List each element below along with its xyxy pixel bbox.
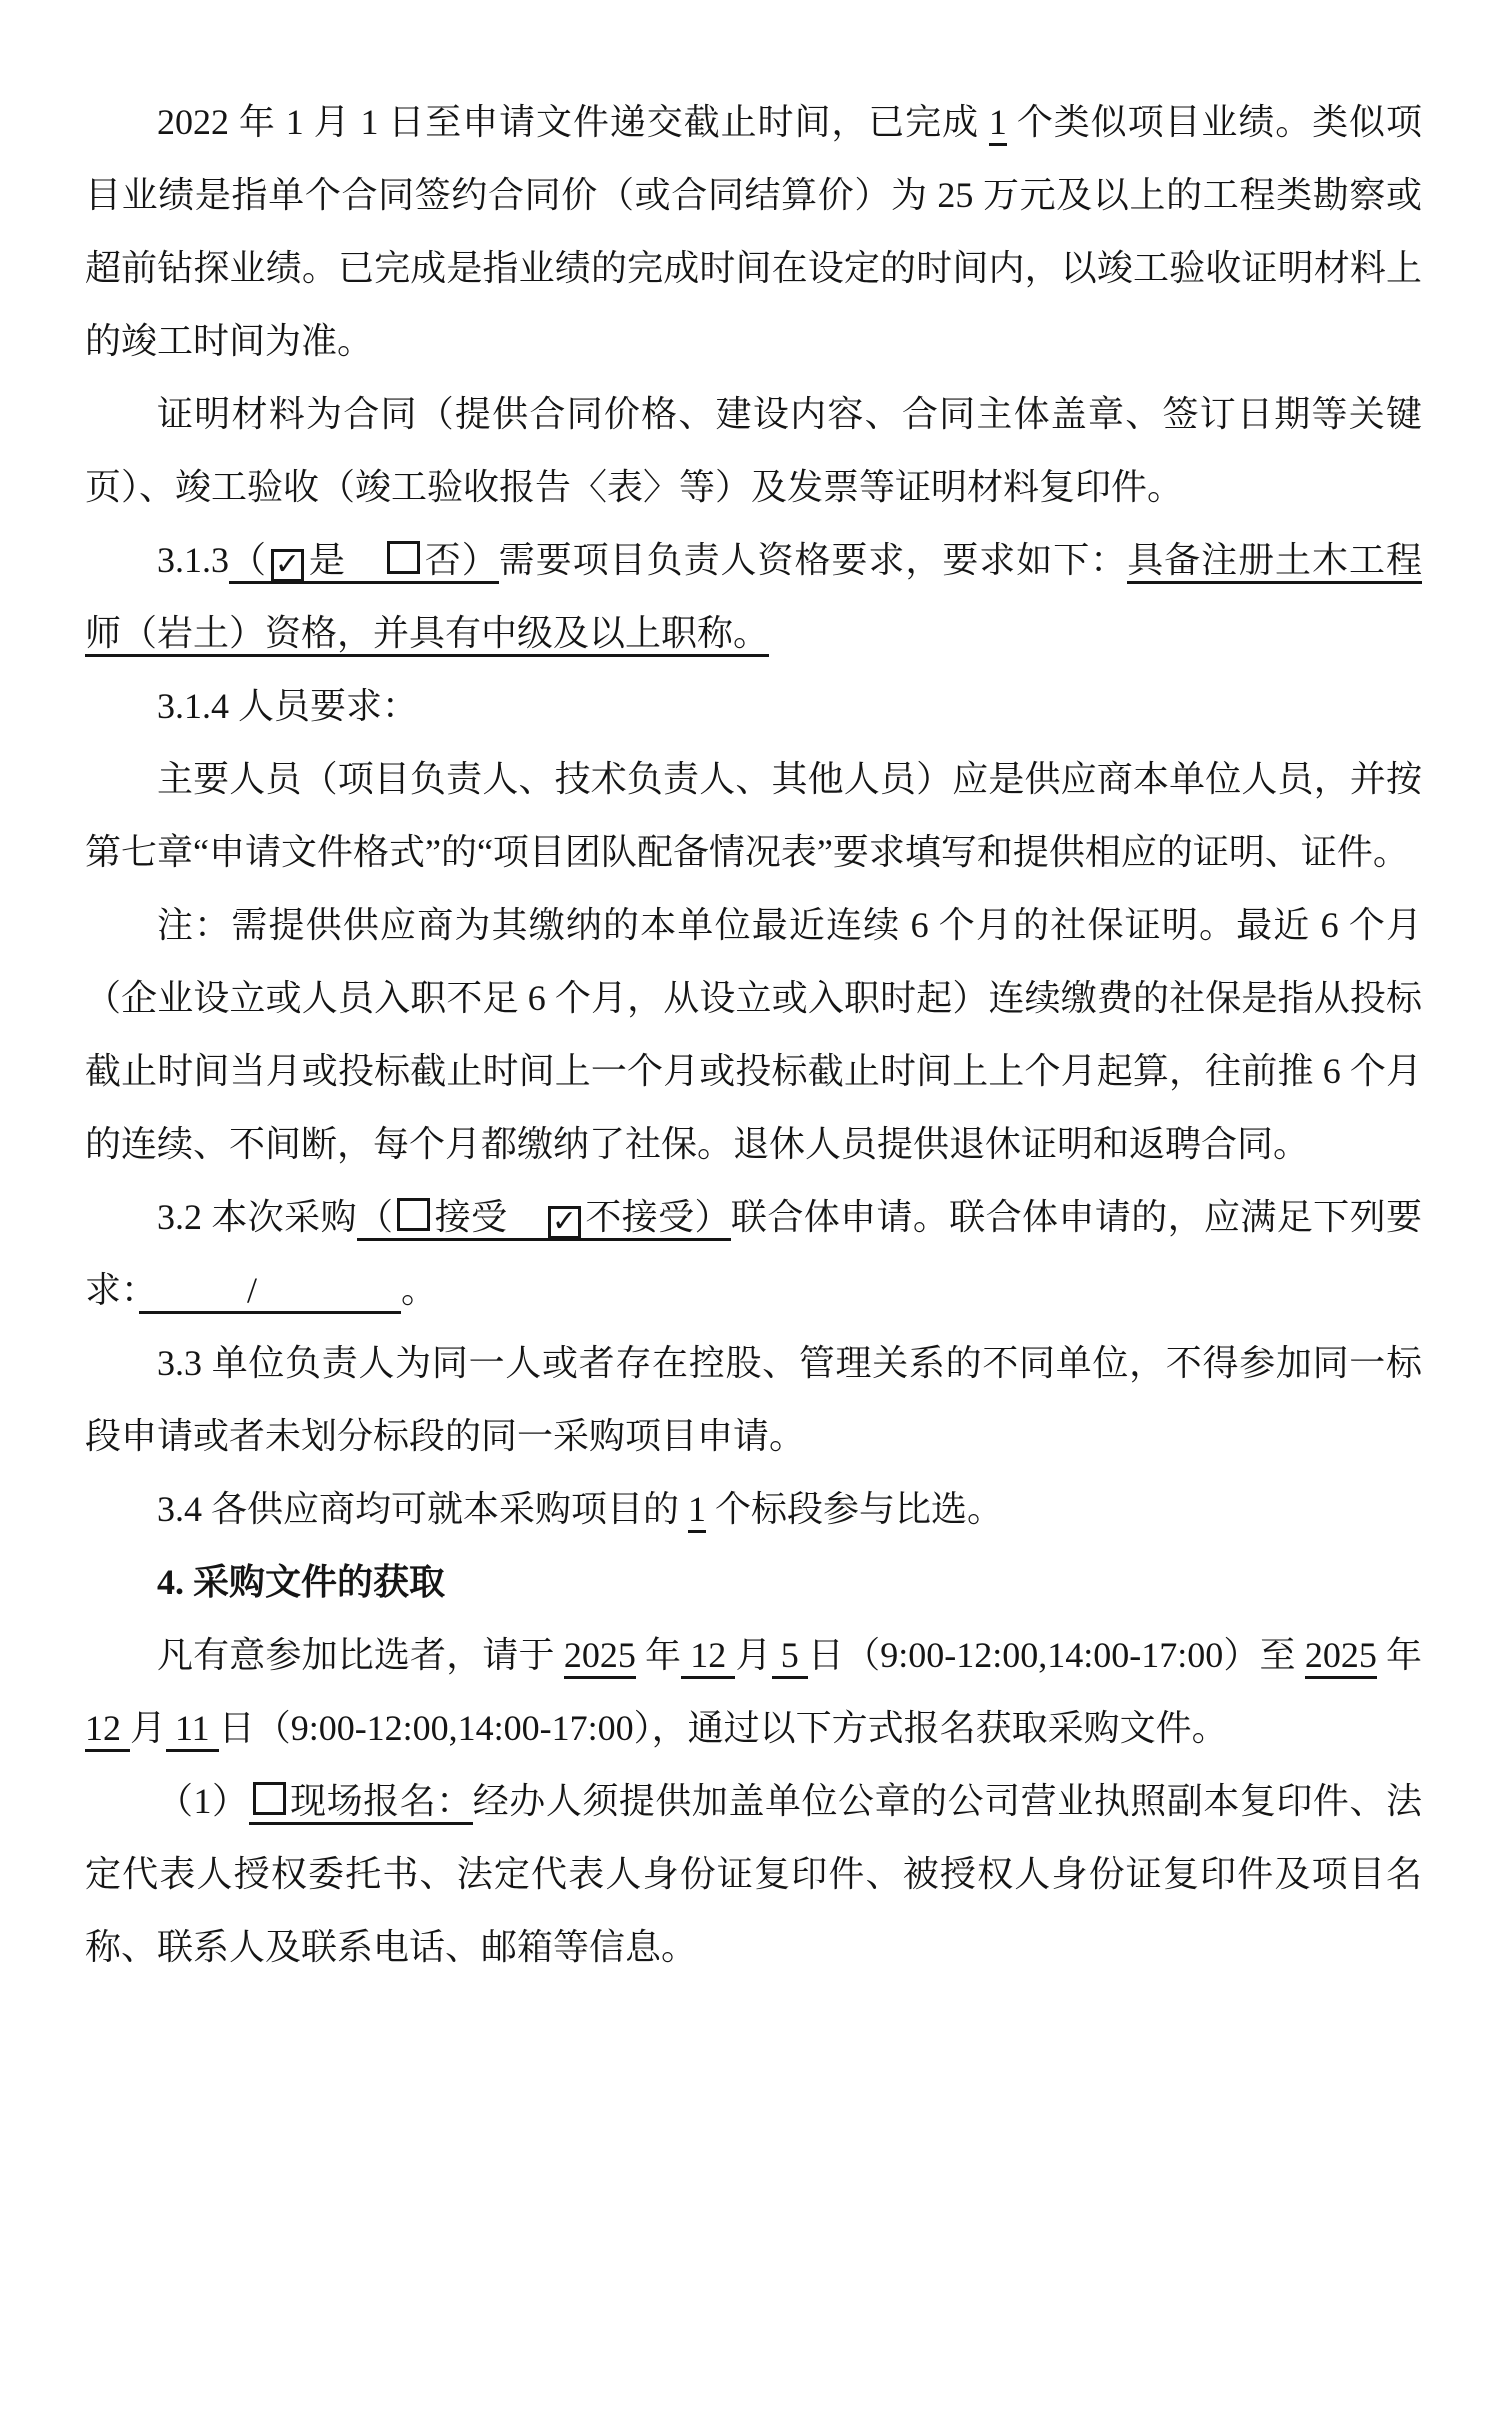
text-run: 主要人员（项目负责人、技术负责人、其他人员）应是供应商本单位人员，并按第七章“申… bbox=[85, 759, 1422, 872]
text-run: 注：需提供供应商为其缴纳的本单位最近连续 6 个月的社保证明。最近 6 个月（企… bbox=[85, 905, 1422, 1164]
checkbox-box bbox=[253, 1782, 286, 1815]
text-run: / bbox=[139, 1270, 401, 1314]
checkbox-box bbox=[397, 1198, 430, 1231]
text-run: （1） bbox=[157, 1781, 249, 1821]
para-3-3-same-legal-person: 3.3 单位负责人为同一人或者存在控股、管理关系的不同单位，不得参加同一标段申请… bbox=[85, 1327, 1422, 1473]
document-body: 2022 年 1 月 1 日至申请文件递交截止时间，已完成 1 个类似项目业绩。… bbox=[0, 0, 1500, 1984]
text-run: 需要项目负责人资格要求，要求如下： bbox=[499, 540, 1127, 580]
text-run: 5 bbox=[772, 1635, 808, 1679]
text-run: 现场报名： bbox=[290, 1781, 473, 1825]
checkbox-box bbox=[387, 541, 420, 574]
para-3-4-bid-sections: 3.4 各供应商均可就本采购项目的 1 个标段参与比选。 bbox=[85, 1473, 1422, 1546]
text-run: 2022 年 1 月 1 日至申请文件递交截止时间，已完成 bbox=[157, 102, 989, 142]
checkbox-checked-icon: ✓ bbox=[544, 1197, 585, 1241]
text-run: 3.3 单位负责人为同一人或者存在控股、管理关系的不同单位，不得参加同一标段申请… bbox=[85, 1343, 1422, 1456]
text-run: 12 bbox=[681, 1635, 735, 1679]
document-page: 2022 年 1 月 1 日至申请文件递交截止时间，已完成 1 个类似项目业绩。… bbox=[0, 0, 1500, 2436]
para-social-security-note: 注：需提供供应商为其缴纳的本单位最近连续 6 个月的社保证明。最近 6 个月（企… bbox=[85, 889, 1422, 1181]
text-run: 接受 bbox=[434, 1197, 544, 1241]
text-run: 年 bbox=[636, 1635, 681, 1675]
text-run: 3.4 各供应商均可就本采购项目的 bbox=[157, 1489, 688, 1529]
text-run: 年 bbox=[1377, 1635, 1422, 1675]
para-3-1-4-personnel-requirements: 3.1.4 人员要求： bbox=[85, 670, 1422, 743]
text-run: 月 bbox=[130, 1708, 166, 1748]
para-key-personnel: 主要人员（项目负责人、技术负责人、其他人员）应是供应商本单位人员，并按第七章“申… bbox=[85, 743, 1422, 889]
checkbox-unchecked-icon bbox=[383, 540, 424, 584]
text-run: 。 bbox=[401, 1270, 437, 1310]
text-run: 3.1.3 bbox=[157, 540, 229, 580]
para-3-1-3-project-leader-qualification: 3.1.3（✓是 否）需要项目负责人资格要求，要求如下：具备注册土木工程师（岩土… bbox=[85, 524, 1422, 670]
checkbox-box: ✓ bbox=[548, 1206, 581, 1239]
text-run: 11 bbox=[166, 1708, 219, 1752]
text-run: 1 bbox=[989, 102, 1007, 146]
para-proof-materials: 证明材料为合同（提供合同价格、建设内容、合同主体盖章、签订日期等关键页）、竣工验… bbox=[85, 378, 1422, 524]
text-run: （ bbox=[229, 540, 267, 584]
text-run: 日（9:00-12:00,14:00-17:00）至 bbox=[808, 1635, 1305, 1675]
para-onsite-registration: （1）现场报名：经办人须提供加盖单位公章的公司营业执照副本复印件、法定代表人授权… bbox=[85, 1765, 1422, 1984]
text-run: 12 bbox=[85, 1708, 130, 1752]
text-run: 凡有意参加比选者，请于 bbox=[157, 1635, 564, 1675]
text-run: 4. 采购文件的获取 bbox=[157, 1562, 445, 1602]
text-run: 否） bbox=[424, 540, 499, 584]
text-run: 日（9:00-12:00,14:00-17:00），通过以下方式报名获取采购文件… bbox=[219, 1708, 1228, 1748]
heading-4-document-acquisition: 4. 采购文件的获取 bbox=[85, 1546, 1422, 1619]
para-registration-period: 凡有意参加比选者，请于 2025 年 12 月 5 日（9:00-12:00,1… bbox=[85, 1619, 1422, 1765]
text-run: 证明材料为合同（提供合同价格、建设内容、合同主体盖章、签订日期等关键页）、竣工验… bbox=[85, 394, 1422, 507]
text-run: 3.1.4 人员要求： bbox=[157, 686, 418, 726]
text-run: （ bbox=[357, 1197, 393, 1241]
checkbox-box: ✓ bbox=[271, 549, 304, 582]
text-run: 月 bbox=[735, 1635, 771, 1675]
para-similar-project-performance: 2022 年 1 月 1 日至申请文件递交截止时间，已完成 1 个类似项目业绩。… bbox=[85, 86, 1422, 378]
para-3-2-consortium: 3.2 本次采购（接受 ✓不接受）联合体申请。联合体申请的，应满足下列要求： /… bbox=[85, 1181, 1422, 1327]
text-run: 是 bbox=[308, 540, 383, 584]
text-run: 2025 bbox=[1305, 1635, 1377, 1679]
text-run: 2025 bbox=[564, 1635, 636, 1679]
checkbox-checked-icon: ✓ bbox=[267, 540, 308, 584]
checkbox-unchecked-icon bbox=[393, 1197, 434, 1241]
text-run: 不接受） bbox=[585, 1197, 731, 1241]
text-run: 3.2 本次采购 bbox=[157, 1197, 357, 1237]
text-run: 1 bbox=[688, 1489, 706, 1533]
checkbox-unchecked-icon bbox=[249, 1781, 290, 1825]
text-run: 个标段参与比选。 bbox=[706, 1489, 1003, 1529]
